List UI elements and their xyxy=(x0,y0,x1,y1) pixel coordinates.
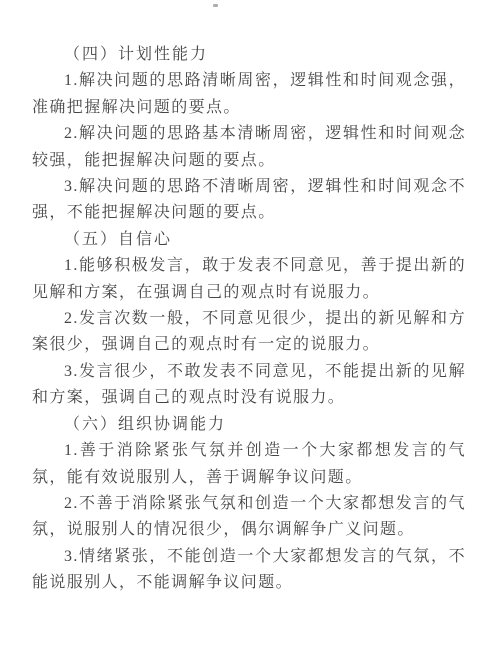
paragraph-planning-item-3: 3.解决问题的思路不清晰周密，逻辑性和时间观念不强，不能把握解决问题的要点。 xyxy=(32,174,466,227)
section-heading-self-confidence: （五）自信心 xyxy=(32,227,466,253)
section-heading-planning-ability: （四）计划性能力 xyxy=(32,42,466,68)
paragraph-planning-item-2: 2.解决问题的思路基本清晰周密，逻辑性和时间观念较强，能把握解决问题的要点。 xyxy=(32,121,466,174)
paragraph-confidence-item-1: 1.能够积极发言，敢于发表不同意见，善于提出新的见解和方案，在强调自己的观点时有… xyxy=(32,253,466,306)
document-page: （四）计划性能力 1.解决问题的思路清晰周密，逻辑性和时间观念强，准确把握解决问… xyxy=(0,0,498,670)
scan-speck xyxy=(213,4,218,7)
paragraph-planning-item-1: 1.解决问题的思路清晰周密，逻辑性和时间观念强，准确把握解决问题的要点。 xyxy=(32,68,466,121)
document-content: （四）计划性能力 1.解决问题的思路清晰周密，逻辑性和时间观念强，准确把握解决问… xyxy=(32,42,466,597)
paragraph-confidence-item-3: 3.发言很少，不敢发表不同意见，不能提出新的见解和方案，强调自己的观点时没有说服… xyxy=(32,359,466,412)
paragraph-coordination-item-1: 1.善于消除紧张气氛并创造一个大家都想发言的气氛，能有效说服别人，善于调解争议问… xyxy=(32,438,466,491)
paragraph-coordination-item-2: 2.不善于消除紧张气氛和创造一个大家都想发言的气氛，说服别人的情况很少，偶尔调解… xyxy=(32,491,466,544)
paragraph-coordination-item-3: 3.情绪紧张，不能创造一个大家都想发言的气氛，不能说服别人，不能调解争议问题。 xyxy=(32,544,466,597)
section-heading-coordination-ability: （六）组织协调能力 xyxy=(32,412,466,438)
paragraph-confidence-item-2: 2.发言次数一般，不同意见很少，提出的新见解和方案很少，强调自己的观点时有一定的… xyxy=(32,306,466,359)
